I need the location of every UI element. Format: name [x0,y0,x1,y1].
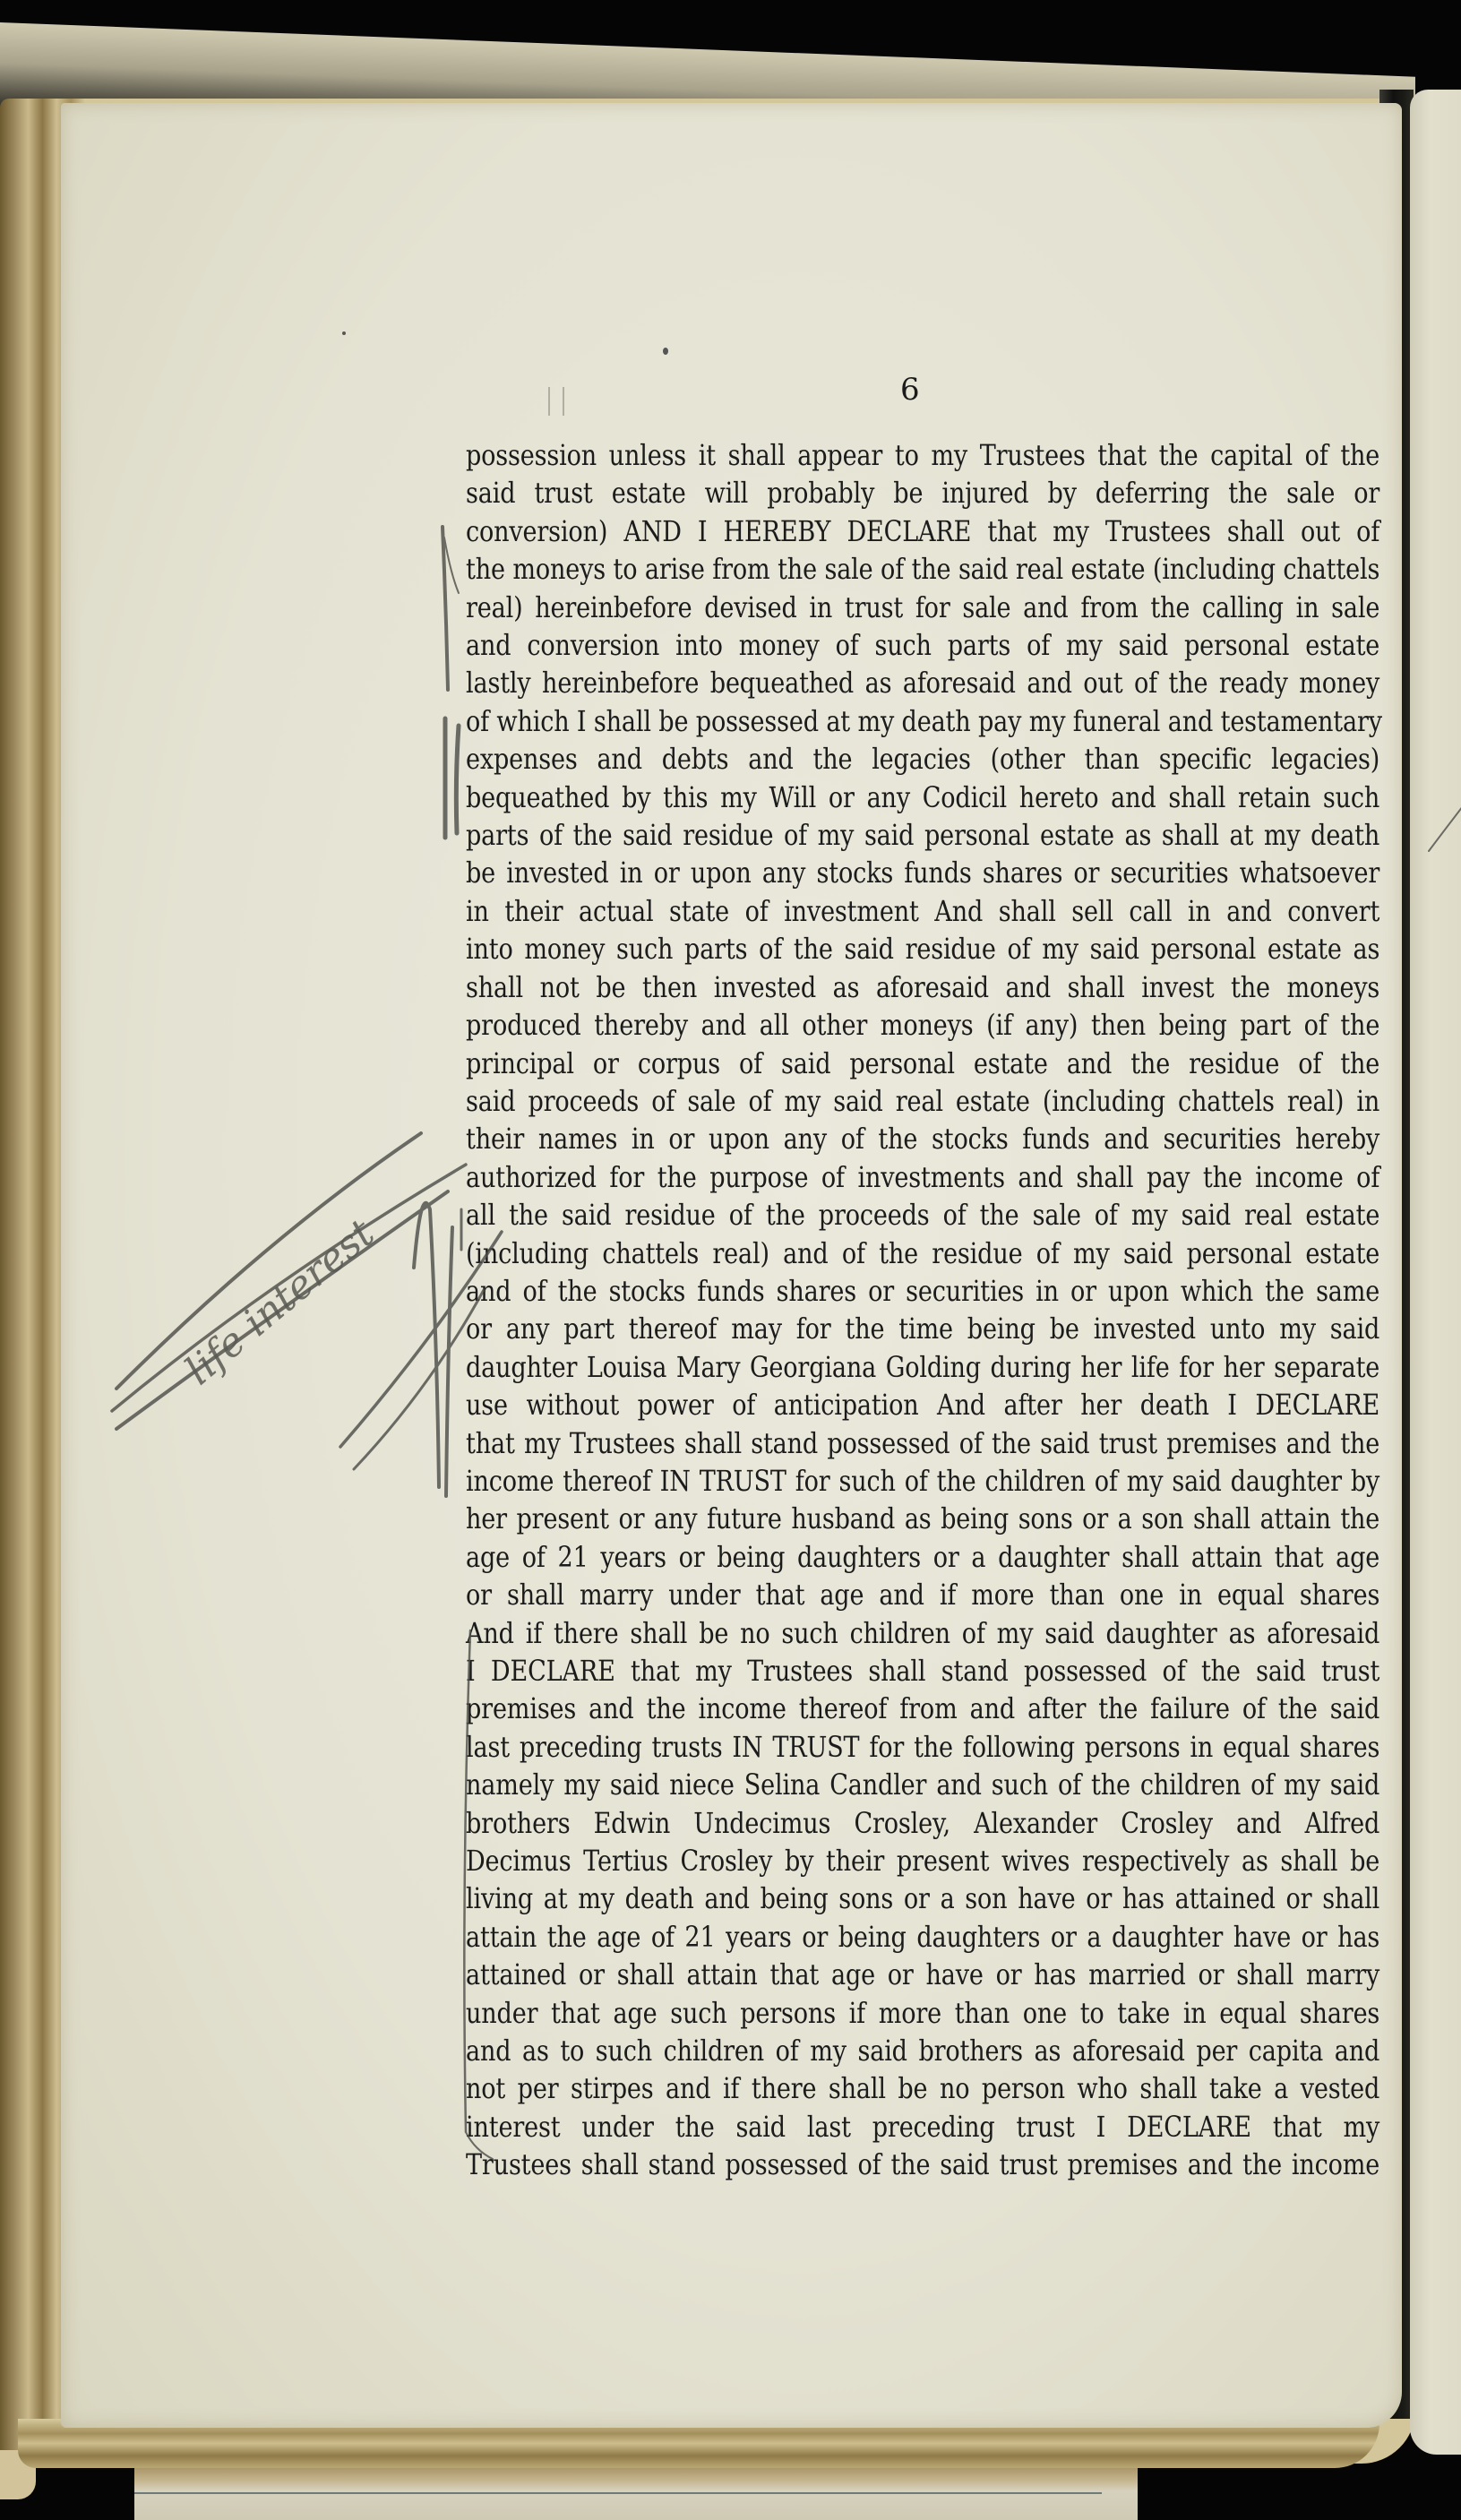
text-line: produced thereby and all other moneys (i… [466,1007,1379,1045]
text-line: said proceeds of sale of my said real es… [466,1083,1379,1121]
text-line: brothers Edwin Undecimus Crosley, Alexan… [466,1805,1379,1843]
text-line: under that age such persons if more than… [466,1995,1379,2033]
text-line: authorized for the purpose of investment… [466,1159,1379,1197]
text-line: conversion) AND I HEREBY DECLARE that my… [466,513,1379,551]
text-line: or any part thereof may for the time bei… [466,1311,1379,1348]
paper-speck [342,331,346,335]
page-number: 6 [900,372,920,408]
text-line: shall not be then invested as aforesaid … [466,969,1379,1007]
text-line: premises and the income thereof from and… [466,1690,1379,1728]
text-line: daughter Louisa Mary Georgiana Golding d… [466,1349,1379,1387]
text-line: and as to such children of my said broth… [466,2033,1379,2070]
text-line: or shall marry under that age and if mor… [466,1577,1379,1614]
document-body: possession unless it shall appear to my … [466,437,1379,2185]
text-line: Trustees shall stand possessed of the sa… [466,2146,1379,2184]
text-line: lastly hereinbefore bequeathed as afores… [466,665,1379,702]
text-line: their names in or upon any of the stocks… [466,1121,1379,1158]
text-line: I DECLARE that my Trustees shall stand p… [466,1653,1379,1690]
text-line: real) hereinbefore devised in trust for … [466,589,1379,627]
text-line: bequeathed by this my Will or any Codici… [466,779,1379,817]
text-line: in their actual state of investment And … [466,893,1379,931]
text-line: namely my said niece Selina Candler and … [466,1767,1379,1804]
text-line: said trust estate will probably be injur… [466,475,1379,512]
ruled-line [134,2492,1102,2494]
paper-speck [663,348,668,355]
text-line: interest under the said last preceding t… [466,2109,1379,2146]
text-line: of which I shall be possessed at my deat… [466,703,1379,741]
text-line: parts of the said residue of my said per… [466,817,1379,855]
text-line: and conversion into money of such parts … [466,627,1379,665]
text-line: attain the age of 21 years or being daug… [466,1919,1379,1957]
text-line: income thereof IN TRUST for such of the … [466,1463,1379,1501]
text-line: all the said residue of the proceeds of … [466,1197,1379,1234]
text-line: and of the stocks funds shares or securi… [466,1273,1379,1311]
text-line: be invested in or upon any stocks funds … [466,855,1379,892]
text-line: expenses and debts and the legacies (oth… [466,741,1379,778]
binding-stitch-marks [548,387,564,416]
text-line: (including chattels real) and of the res… [466,1235,1379,1273]
facing-page [1410,90,1461,2455]
text-line: the moneys to arise from the sale of the… [466,551,1379,589]
text-line: Decimus Tertius Crosley by their present… [466,1843,1379,1880]
text-line: not per stirpes and if there shall be no… [466,2070,1379,2108]
text-line: age of 21 years or being daughters or a … [466,1539,1379,1577]
text-line: possession unless it shall appear to my … [466,437,1379,475]
text-line: her present or any future husband as bei… [466,1501,1379,1538]
text-line: attained or shall attain that age or hav… [466,1957,1379,1994]
text-line: into money such parts of the said residu… [466,931,1379,968]
text-line: And if there shall be no such children o… [466,1615,1379,1653]
text-line: use without power of anticipation And af… [466,1387,1379,1424]
text-line: principal or corpus of said personal est… [466,1045,1379,1083]
text-line: last preceding trusts IN TRUST for the f… [466,1729,1379,1767]
text-line: that my Trustees shall stand possessed o… [466,1425,1379,1463]
text-line: living at my death and being sons or a s… [466,1880,1379,1918]
